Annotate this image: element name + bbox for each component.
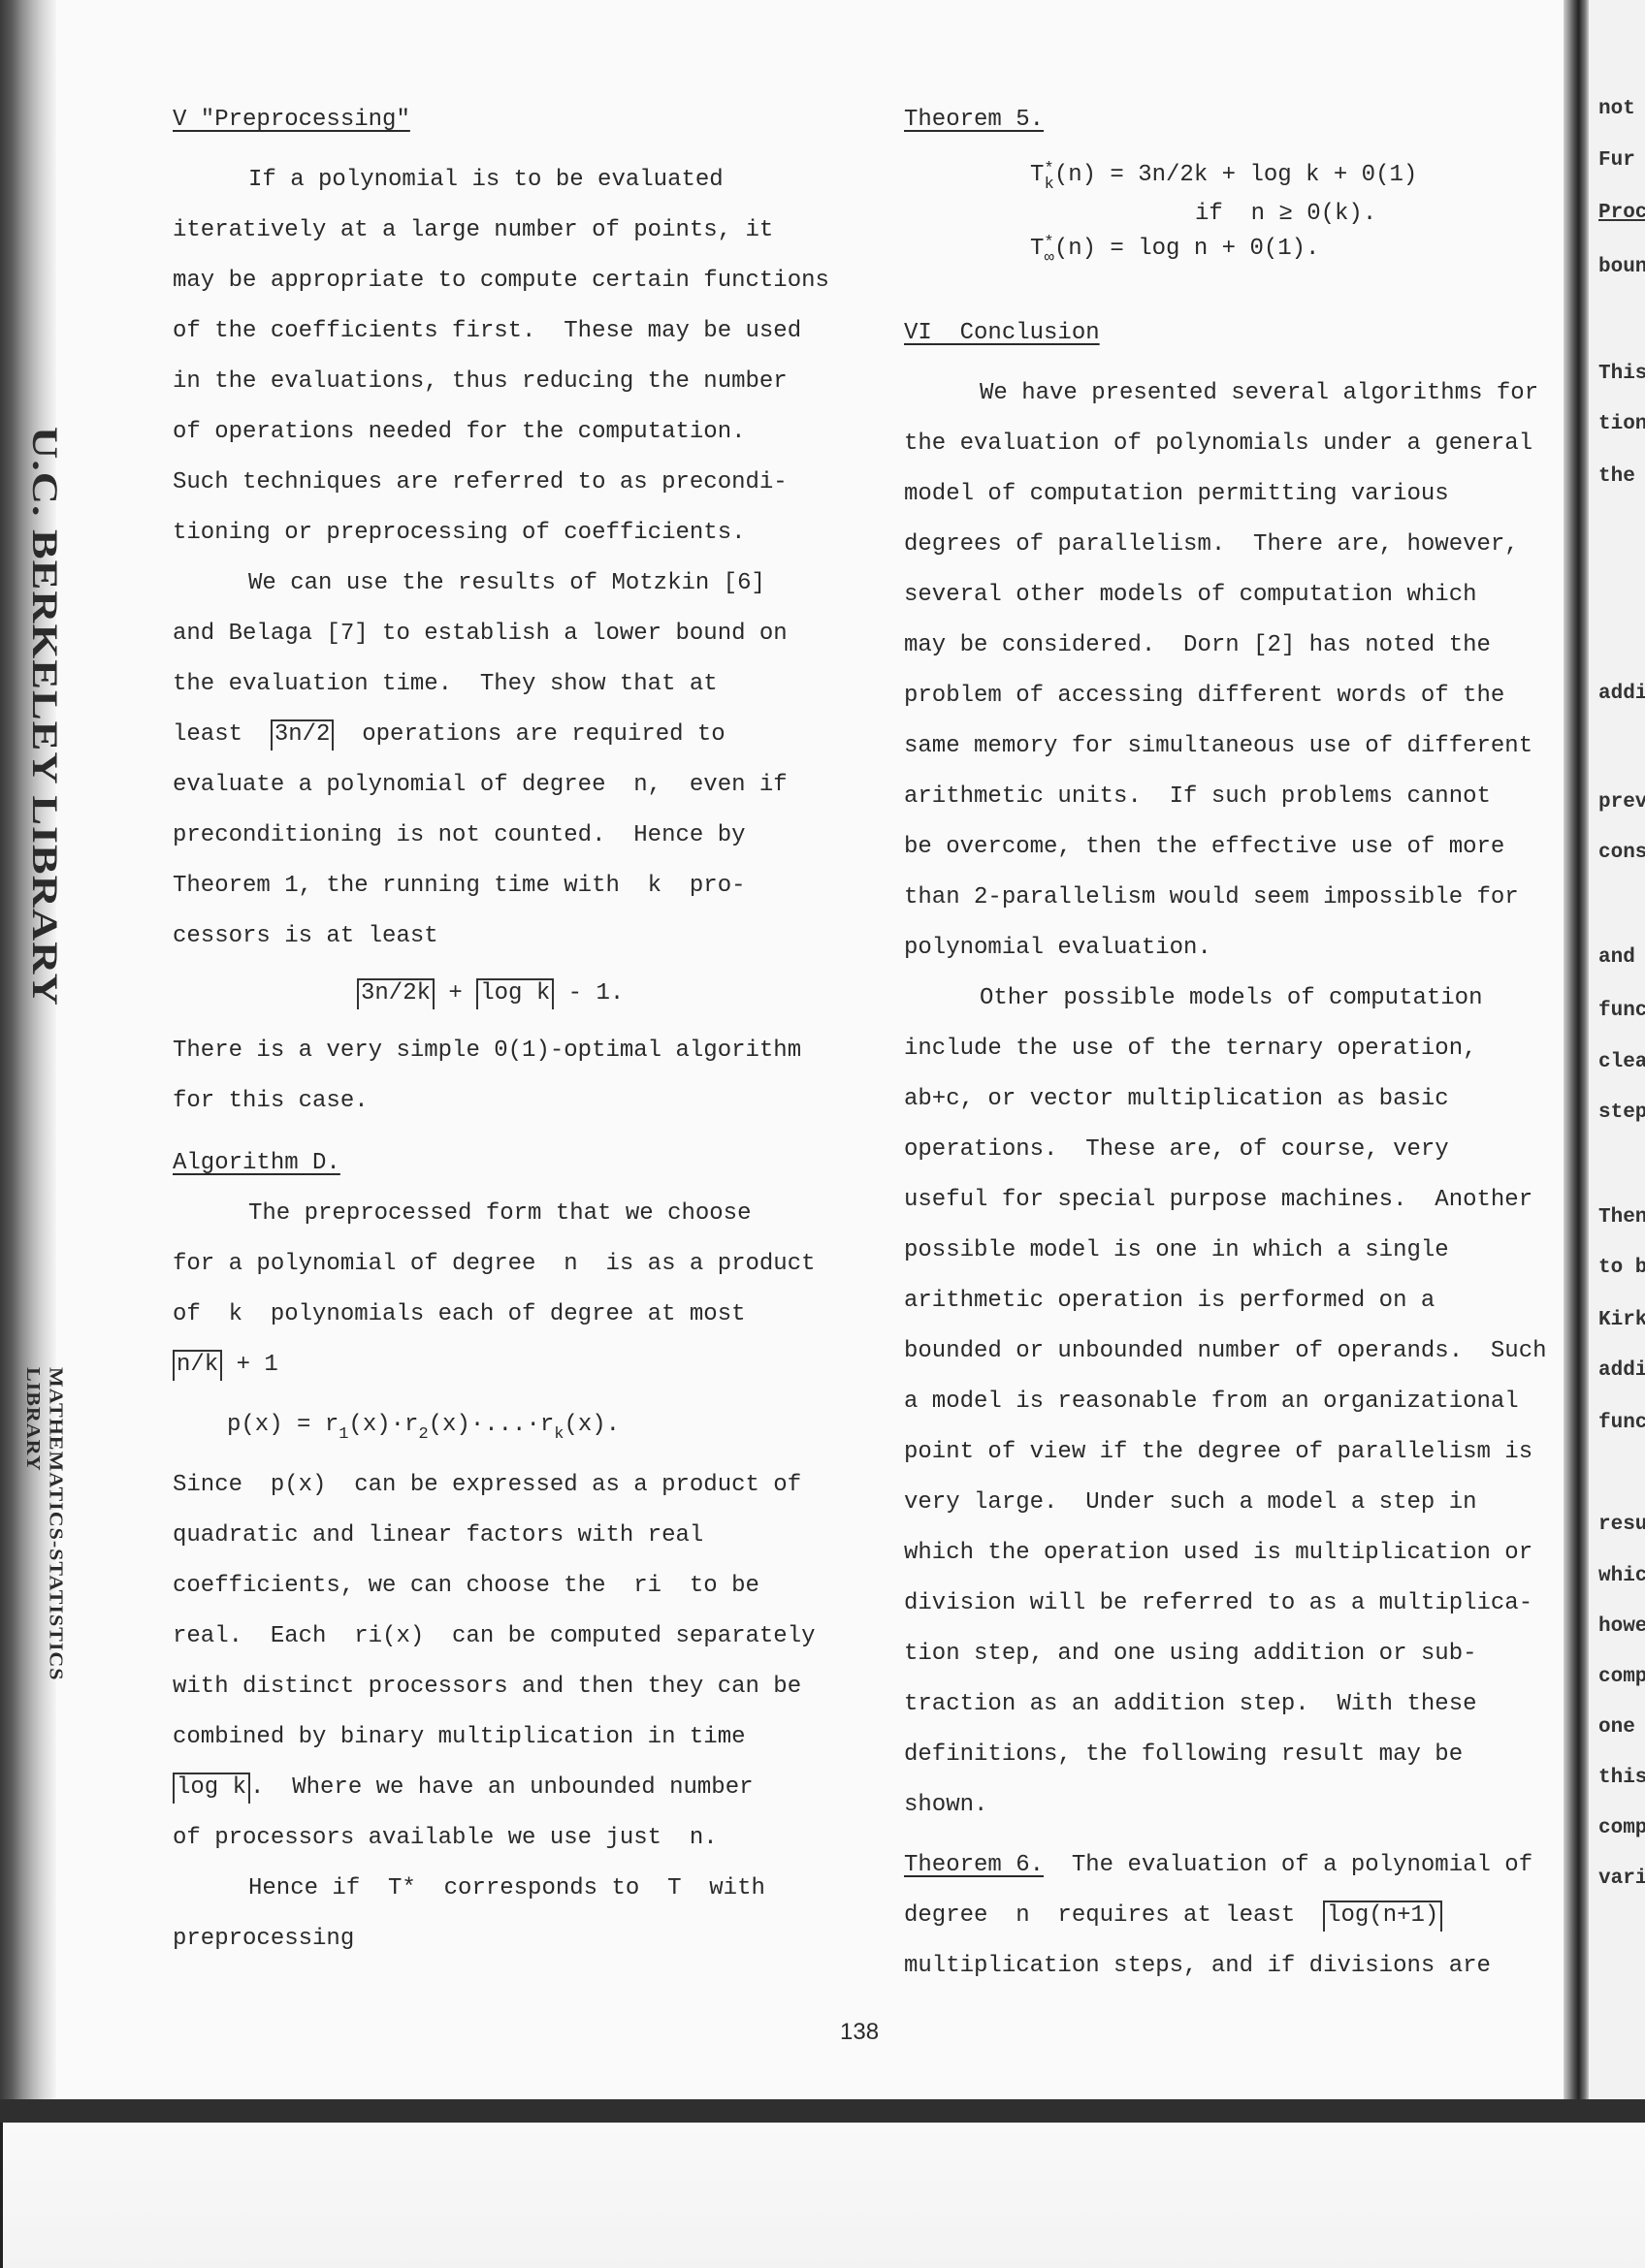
text-line: with distinct processors and then they c…	[173, 1662, 890, 1712]
scan-bottom-edge	[0, 2099, 1645, 2123]
text-line: degrees of parallelism. There are, howev…	[904, 520, 1525, 570]
next-page-text-fragment: this	[1598, 1767, 1645, 1789]
next-page-text-fragment: addi	[1598, 683, 1645, 705]
formula-tk: T*k(n) = 3n/2k + log k + 0(1)	[1030, 155, 1525, 200]
text-line: bounded or unbounded number of operands.…	[904, 1326, 1525, 1377]
text-line: the evaluation of polynomials under a ge…	[904, 419, 1525, 469]
text-line: evaluate a polynomial of degree n, even …	[173, 760, 890, 811]
text-line: arithmetic units. If such problems canno…	[904, 772, 1525, 822]
text-line: definitions, the following result may be	[904, 1730, 1525, 1780]
text-line: problem of accessing different words of …	[904, 671, 1525, 721]
text-line-with-ceiling: n/k + 1	[173, 1340, 890, 1390]
next-page-text-fragment: cons	[1598, 842, 1645, 864]
text-line-with-ceiling: log k. Where we have an unbounded number	[173, 1763, 890, 1813]
text-line: The preprocessed form that we choose	[173, 1189, 890, 1239]
next-page-text-fragment: prev	[1598, 791, 1645, 814]
text-line: coefficients, we can choose the ri to be	[173, 1561, 890, 1612]
department-stamp-text: MATHEMATICS-STATISTICS LIBRARY	[22, 1367, 68, 1784]
text-line: the evaluation time. They show that at	[173, 659, 890, 710]
library-stamp-text: U.C. BERKELEY LIBRARY	[24, 427, 65, 1006]
left-column: V "Preprocessing" If a polynomial is to …	[173, 95, 890, 1965]
right-column: Theorem 5. T*k(n) = 3n/2k + log k + 0(1)…	[904, 95, 1525, 1992]
next-page-text-fragment: which	[1598, 1565, 1645, 1587]
text-line: may be appropriate to compute certain fu…	[173, 256, 890, 306]
text-line: Since p(x) can be expressed as a product…	[173, 1460, 890, 1511]
next-page-fragment: notFurProcbounThistiontheaddiprevconsand…	[1589, 0, 1645, 2123]
theorem-5-heading: Theorem 5.	[904, 95, 1525, 145]
theorem-5-formulas: T*k(n) = 3n/2k + log k + 0(1) if n ≥ 0(k…	[904, 155, 1525, 273]
text-line: for a polynomial of degree n is as a pro…	[173, 1239, 890, 1290]
text-line: in the evaluations, thus reducing the nu…	[173, 357, 890, 407]
next-page-text-fragment: func	[1598, 1000, 1645, 1022]
next-page-text-fragment: This	[1598, 363, 1645, 385]
scanned-page: U.C. BERKELEY LIBRARY MATHEMATICS-STATIS…	[0, 0, 1645, 2268]
text-line: polynomial evaluation.	[904, 923, 1525, 974]
text-line: real. Each ri(x) can be computed separat…	[173, 1612, 890, 1662]
next-page-text-fragment: Proc	[1598, 202, 1645, 224]
text-line: Other possible models of computation	[904, 974, 1525, 1024]
text-line: preconditioning is not counted. Hence by	[173, 811, 890, 861]
text-line: Hence if T* corresponds to T with	[173, 1864, 890, 1914]
next-page-text-fragment: not	[1598, 98, 1635, 120]
text-line: There is a very simple 0(1)-optimal algo…	[173, 1026, 890, 1076]
next-page-text-fragment: funct	[1598, 1412, 1645, 1434]
next-page-text-fragment: tion	[1598, 413, 1645, 435]
next-page-text-fragment: howev	[1598, 1615, 1645, 1638]
text-line: cessors is at least	[173, 911, 890, 962]
text-line: of the coefficients first. These may be …	[173, 306, 890, 357]
section-heading-preprocessing: V "Preprocessing"	[173, 95, 890, 145]
lower-bound-formula: 3n/2k + log k - 1.	[173, 962, 890, 1026]
text-line: ab+c, or vector multiplication as basic	[904, 1074, 1525, 1125]
next-page-text-fragment: Fur	[1598, 149, 1635, 172]
text-line: and Belaga [7] to establish a lower boun…	[173, 609, 890, 659]
text-line: iteratively at a large number of points,…	[173, 206, 890, 256]
text-line: combined by binary multiplication in tim…	[173, 1712, 890, 1763]
text-line: be overcome, then the effective use of m…	[904, 822, 1525, 873]
next-page-text-fragment: and	[1598, 946, 1635, 969]
next-page-text-fragment: vario	[1598, 1868, 1645, 1890]
text-line: traction as an addition step. With these	[904, 1679, 1525, 1730]
next-page-text-fragment: clea	[1598, 1051, 1645, 1073]
product-formula: p(x) = r1(x)·r2(x)·...·rk(x).	[173, 1390, 890, 1460]
page-number: 138	[840, 2019, 879, 2046]
text-line: multiplication steps, and if divisions a…	[904, 1941, 1525, 1992]
next-page-text-fragment: compu	[1598, 1817, 1645, 1839]
text-line: shown.	[904, 1780, 1525, 1831]
text-line: useful for special purpose machines. Ano…	[904, 1175, 1525, 1226]
theorem-6-heading: Theorem 6.	[904, 1852, 1044, 1878]
algorithm-d-heading: Algorithm D.	[173, 1138, 890, 1189]
ceiling-expression: 3n/2	[271, 719, 335, 751]
text-line: Such techniques are referred to as preco…	[173, 458, 890, 508]
text-line: very large. Under such a model a step in	[904, 1478, 1525, 1528]
text-line: arithmetic operation is performed on a	[904, 1276, 1525, 1326]
book-gutter-shadow	[1564, 0, 1589, 2123]
next-page-text-fragment: Then	[1598, 1206, 1645, 1229]
next-page-text-fragment: to be	[1598, 1257, 1645, 1279]
next-page-text-fragment: compu	[1598, 1666, 1645, 1688]
text-line: We have presented several algorithms for	[904, 368, 1525, 419]
next-page-text-fragment: boun	[1598, 256, 1645, 278]
text-line: point of view if the degree of paralleli…	[904, 1427, 1525, 1478]
next-page-text-fragment: resul	[1598, 1514, 1645, 1536]
text-line: several other models of computation whic…	[904, 570, 1525, 621]
text-line: possible model is one in which a single	[904, 1226, 1525, 1276]
text-line: same memory for simultaneous use of diff…	[904, 721, 1525, 772]
formula-tinf: T*∞(n) = log n + 0(1).	[1030, 229, 1525, 273]
text-line: quadratic and linear factors with real	[173, 1511, 890, 1561]
text-line: of processors available we use just n.	[173, 1813, 890, 1864]
next-page-text-fragment: addit	[1598, 1359, 1645, 1382]
library-stamp: U.C. BERKELEY LIBRARY MATHEMATICS-STATIS…	[14, 368, 52, 1784]
text-line-with-ceiling: degree n requires at least log(n+1)	[904, 1891, 1525, 1941]
text-line: of k polynomials each of degree at most	[173, 1290, 890, 1340]
next-page-text-fragment: step	[1598, 1102, 1645, 1124]
theorem-6-line: Theorem 6. The evaluation of a polynomia…	[904, 1840, 1525, 1891]
text-line: of operations needed for the computation…	[173, 407, 890, 458]
text-line: include the use of the ternary operation…	[904, 1024, 1525, 1074]
next-page-text-fragment: Kirkp	[1598, 1309, 1645, 1331]
next-page-text-fragment: the	[1598, 465, 1635, 488]
text-line: tion step, and one using addition or sub…	[904, 1629, 1525, 1679]
text-line: model of computation permitting various	[904, 469, 1525, 520]
text-line: tioning or preprocessing of coefficients…	[173, 508, 890, 559]
text-line: division will be referred to as a multip…	[904, 1579, 1525, 1629]
text-line: a model is reasonable from an organizati…	[904, 1377, 1525, 1427]
text-line: which the operation used is multiplicati…	[904, 1528, 1525, 1579]
text-line: If a polynomial is to be evaluated	[173, 155, 890, 206]
text-line: preprocessing	[173, 1914, 890, 1965]
formula-condition: if n ≥ 0(k).	[1030, 200, 1525, 229]
conclusion-heading: VI Conclusion	[904, 308, 1525, 359]
text-line: than 2-parallelism would seem impossible…	[904, 873, 1525, 923]
text-line: We can use the results of Motzkin [6]	[173, 559, 890, 609]
text-line: operations. These are, of course, very	[904, 1125, 1525, 1175]
text-line: Theorem 1, the running time with k pro-	[173, 861, 890, 911]
next-page-text-fragment: one d	[1598, 1716, 1645, 1739]
scan-background	[0, 2123, 1645, 2268]
text-line-with-ceiling: least 3n/2 operations are required to	[173, 710, 890, 760]
text-line: for this case.	[173, 1076, 890, 1127]
book-spine-shadow: U.C. BERKELEY LIBRARY MATHEMATICS-STATIS…	[0, 0, 56, 2119]
text-line: may be considered. Dorn [2] has noted th…	[904, 621, 1525, 671]
